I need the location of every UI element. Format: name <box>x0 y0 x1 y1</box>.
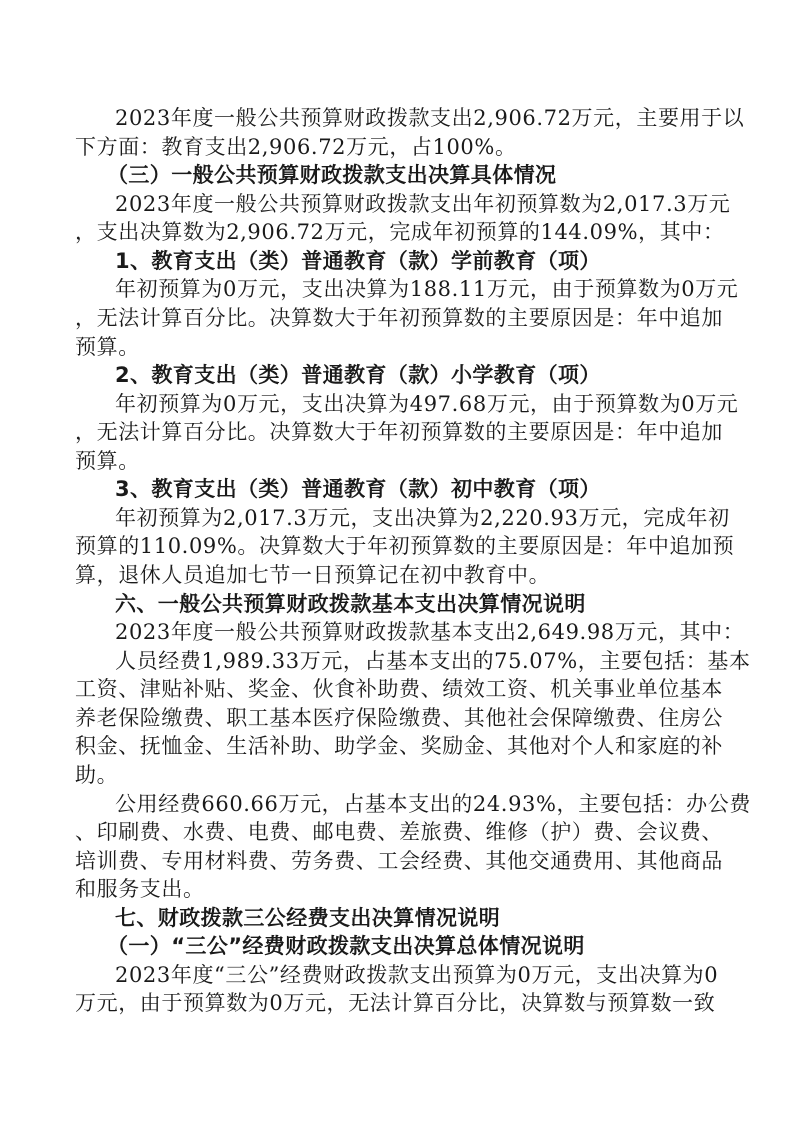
document-page: 2023年度一般公共预算财政拨款支出2,906.72万元，主要用于以 下方面：教… <box>75 104 715 1018</box>
paragraph-personnel-costs: 人员经费1,989.33万元，占基本支出的75.07%，主要包括：基本 工资、津… <box>75 647 715 790</box>
paragraph-budget-overview: 2023年度一般公共预算财政拨款支出年初预算数为2,017.3万元 ，支出决算数… <box>75 190 715 247</box>
text-line: 和服务支出。 <box>75 875 715 904</box>
section-heading-basic-expenditure: 六、一般公共预算财政拨款基本支出决算情况说明 <box>75 590 715 619</box>
paragraph-public-costs: 公用经费660.66万元，占基本支出的24.93%，主要包括：办公费 、印刷费、… <box>75 790 715 904</box>
text-line: 预算的110.09%。决算数大于年初预算数的主要原因是：年中追加预 <box>75 532 715 561</box>
paragraph-preschool: 年初预算为0万元，支出决算为188.11万元，由于预算数为0万元 ，无法计算百分… <box>75 275 715 361</box>
text-line: 培训费、专用材料费、劳务费、工会经费、其他交通费用、其他商品 <box>75 847 715 876</box>
text-line: 万元，由于预算数为0万元，无法计算百分比，决算数与预算数一致 <box>75 989 715 1018</box>
text-line: 、印刷费、水费、电费、邮电费、差旅费、维修（护）费、会议费、 <box>75 818 715 847</box>
text-line: 2023年度一般公共预算财政拨款支出2,906.72万元，主要用于以 <box>75 104 715 133</box>
paragraph-three-public: 2023年度“三公”经费财政拨款支出预算为0万元，支出决算为0 万元，由于预算数… <box>75 961 715 1018</box>
text-line: ，无法计算百分比。决算数大于年初预算数的主要原因是：年中追加 <box>75 304 715 333</box>
text-line: ，无法计算百分比。决算数大于年初预算数的主要原因是：年中追加 <box>75 418 715 447</box>
paragraph-primary: 年初预算为0万元，支出决算为497.68万元，由于预算数为0万元 ，无法计算百分… <box>75 390 715 476</box>
text-line: 预算。 <box>75 447 715 476</box>
paragraph-junior-high: 年初预算为2,017.3万元，支出决算为2,220.93万元，完成年初 预算的1… <box>75 504 715 590</box>
text-line: 年初预算为0万元，支出决算为497.68万元，由于预算数为0万元 <box>75 390 715 419</box>
text-line: 人员经费1,989.33万元，占基本支出的75.07%，主要包括：基本 <box>75 647 715 676</box>
text-line: 预算。 <box>75 333 715 362</box>
text-line: 助。 <box>75 761 715 790</box>
text-line: 2023年度一般公共预算财政拨款支出年初预算数为2,017.3万元 <box>75 190 715 219</box>
paragraph-basic-expenditure-total: 2023年度一般公共预算财政拨款基本支出2,649.98万元，其中： <box>75 618 715 647</box>
text-line: 公用经费660.66万元，占基本支出的24.93%，主要包括：办公费 <box>75 790 715 819</box>
paragraph-education-summary: 2023年度一般公共预算财政拨款支出2,906.72万元，主要用于以 下方面：教… <box>75 104 715 161</box>
text-line: 年初预算为2,017.3万元，支出决算为2,220.93万元，完成年初 <box>75 504 715 533</box>
section-heading: （三）一般公共预算财政拨款支出决算具体情况 <box>75 161 715 190</box>
text-line: 养老保险缴费、职工基本医疗保险缴费、其他社会保障缴费、住房公 <box>75 704 715 733</box>
text-line: 算，退休人员追加七节一日预算记在初中教育中。 <box>75 561 715 590</box>
item-heading-preschool: 1、教育支出（类）普通教育（款）学前教育（项） <box>75 247 715 276</box>
text-line: 积金、抚恤金、生活补助、助学金、奖励金、其他对个人和家庭的补 <box>75 732 715 761</box>
item-heading-junior-high: 3、教育支出（类）普通教育（款）初中教育（项） <box>75 475 715 504</box>
item-heading-primary: 2、教育支出（类）普通教育（款）小学教育（项） <box>75 361 715 390</box>
section-heading-three-public: 七、财政拨款三公经费支出决算情况说明 <box>75 904 715 933</box>
text-line: 下方面：教育支出2,906.72万元，占100%。 <box>75 133 715 162</box>
text-line: 年初预算为0万元，支出决算为188.11万元，由于预算数为0万元 <box>75 275 715 304</box>
text-line: 工资、津贴补贴、奖金、伙食补助费、绩效工资、机关事业单位基本 <box>75 675 715 704</box>
text-line: 2023年度“三公”经费财政拨款支出预算为0万元，支出决算为0 <box>75 961 715 990</box>
subsection-heading-three-public-overview: （一）“三公”经费财政拨款支出决算总体情况说明 <box>75 932 715 961</box>
text-line: ，支出决算数为2,906.72万元，完成年初预算的144.09%，其中： <box>75 218 715 247</box>
